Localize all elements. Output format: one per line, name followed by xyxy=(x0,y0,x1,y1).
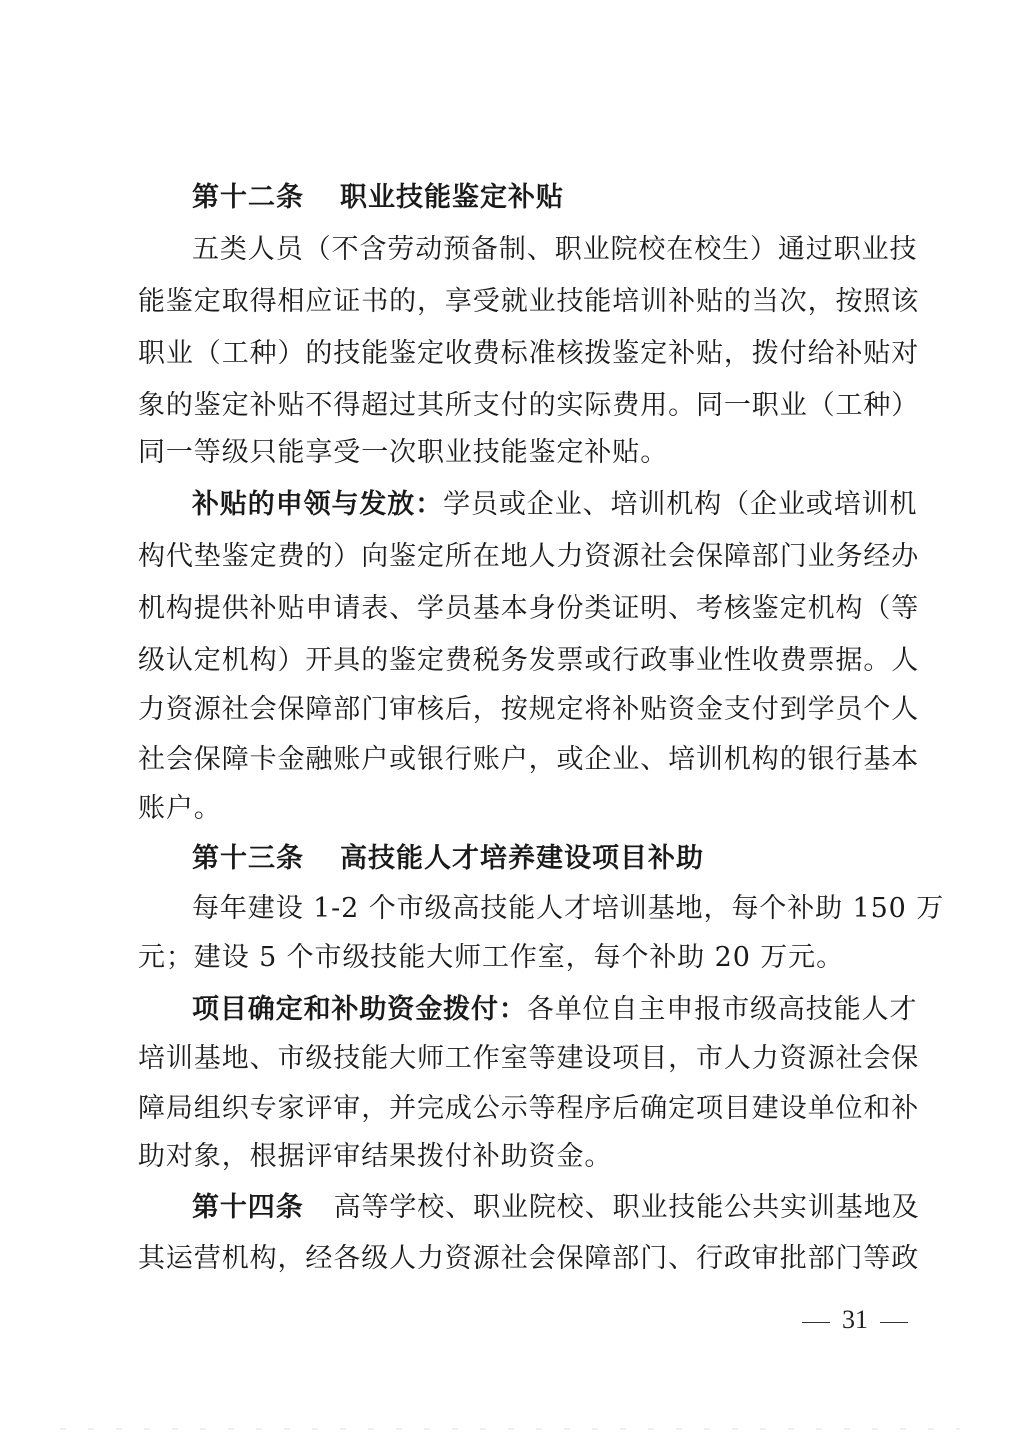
article-12-heading: 第十二条职业技能鉴定补贴 xyxy=(192,182,916,214)
article-13-number: 第十三条 xyxy=(192,843,304,874)
paragraph-line: 同一等级只能享受一次职业技能鉴定补贴。 xyxy=(138,437,916,469)
article-14-line: 第十四条高等学校、职业院校、职业技能公共实训基地及 xyxy=(192,1192,916,1224)
paragraph-line: 五类人员（不含劳动预备制、职业院校在校生）通过职业技 xyxy=(192,234,916,266)
paragraph-line: 级认定机构）开具的鉴定费税务发票或行政事业性收费票据。人 xyxy=(138,645,916,677)
dash-left xyxy=(802,1322,830,1323)
paragraph-line: 助对象，根据评审结果拨付补助资金。 xyxy=(138,1141,916,1173)
paragraph-text: 各单位自主申报市级高技能人才 xyxy=(527,994,918,1025)
page-number: 31 xyxy=(790,1304,920,1336)
paragraph-line: 障局组织专家评审，并完成公示等程序后确定项目建设单位和补 xyxy=(138,1093,916,1125)
paragraph-line: 职业（工种）的技能鉴定收费标准核拨鉴定补贴，拨付给补贴对 xyxy=(138,338,916,370)
paragraph-line: 能鉴定取得相应证书的，享受就业技能培训补贴的当次，按照该 xyxy=(138,286,916,318)
paragraph-line: 象的鉴定补贴不得超过其所支付的实际费用。同一职业（工种） xyxy=(138,390,916,422)
page-number-value: 31 xyxy=(842,1305,868,1334)
paragraph-line: 社会保障卡金融账户或银行账户，或企业、培训机构的银行基本 xyxy=(138,744,916,776)
paragraph-line: 元；建设 5 个市级技能大师工作室，每个补助 20 万元。 xyxy=(138,942,916,974)
paragraph-line-with-label: 补贴的申领与发放：学员或企业、培训机构（企业或培训机 xyxy=(192,489,916,521)
paragraph-text: 高等学校、职业院校、职业技能公共实训基地及 xyxy=(334,1192,920,1223)
paragraph-line: 培训基地、市级技能大师工作室等建设项目，市人力资源社会保 xyxy=(138,1043,916,1075)
dash-right xyxy=(880,1322,908,1323)
article-13-title: 高技能人才培养建设项目补助 xyxy=(340,843,704,874)
paragraph-line: 账户。 xyxy=(138,793,916,825)
article-14-number: 第十四条 xyxy=(192,1192,304,1223)
paragraph-line-with-label: 项目确定和补助资金拨付：各单位自主申报市级高技能人才 xyxy=(192,994,916,1026)
paragraph-line: 构代垫鉴定费的）向鉴定所在地人力资源社会保障部门业务经办 xyxy=(138,541,916,573)
article-12-title: 职业技能鉴定补贴 xyxy=(340,182,564,213)
paragraph-line: 每年建设 1-2 个市级高技能人才培训基地，每个补助 150 万 xyxy=(192,893,916,925)
article-12-number: 第十二条 xyxy=(192,182,304,213)
article-13-heading: 第十三条高技能人才培养建设项目补助 xyxy=(192,843,916,875)
subsection-label: 补贴的申领与发放： xyxy=(192,489,443,520)
paragraph-line: 力资源社会保障部门审核后，按规定将补贴资金支付到学员个人 xyxy=(138,694,916,726)
paragraph-text: 学员或企业、培训机构（企业或培训机 xyxy=(443,489,917,520)
document-page: 第十二条职业技能鉴定补贴 五类人员（不含劳动预备制、职业院校在校生）通过职业技 … xyxy=(0,0,1024,1448)
bleed-through-artifact xyxy=(60,1428,960,1430)
paragraph-line: 机构提供补贴申请表、学员基本身份类证明、考核鉴定机构（等 xyxy=(138,593,916,625)
subsection-label: 项目确定和补助资金拨付： xyxy=(192,994,527,1025)
paragraph-line: 其运营机构，经各级人力资源社会保障部门、行政审批部门等政 xyxy=(138,1243,916,1275)
